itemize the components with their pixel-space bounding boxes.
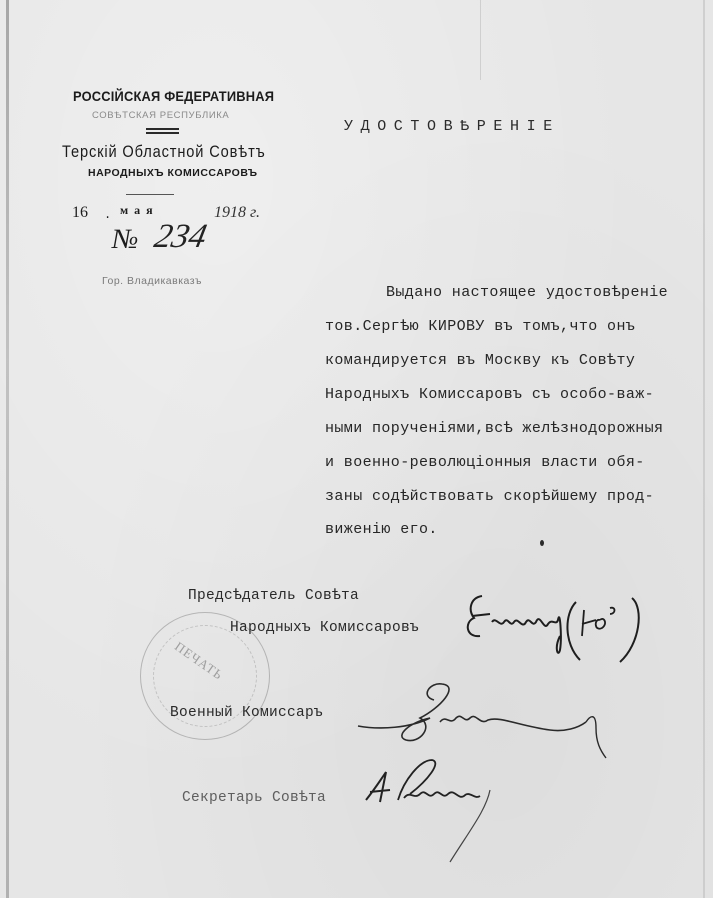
page-left-edge <box>6 0 9 898</box>
paper-fold <box>480 0 481 80</box>
chairman-label-line1: Предсѣдатель Совѣта <box>188 588 359 604</box>
number-symbol: № <box>112 224 138 256</box>
body-line: виженію его. <box>325 521 438 538</box>
letterhead-rule <box>146 128 179 130</box>
letterhead-soviet-republic: СОВѢТСКАЯ РЕСПУБЛИКА <box>92 110 229 121</box>
ink-speck <box>540 540 544 546</box>
body-line: командируется въ Москву къ Совѣту <box>325 352 635 369</box>
secretary-label: Секретарь Совѣта <box>182 790 326 806</box>
page-right-edge <box>703 0 705 898</box>
letterhead-council: НАРОДНЫХЪ КОМИССАРОВЪ <box>88 167 258 179</box>
date-month: мая <box>120 203 159 218</box>
body-line: и военно-революціонныя власти обя- <box>325 454 645 471</box>
document-number: 234 <box>151 218 210 256</box>
date-separator: . <box>104 208 111 222</box>
chairman-label-line2: Народныхъ Комиссаровъ <box>230 620 419 636</box>
date-year: 1918 г. <box>214 204 260 222</box>
letterhead-rule <box>146 132 179 134</box>
military-commissar-label: Военный Комиссаръ <box>170 705 323 721</box>
date-day: 16 <box>72 204 88 222</box>
letterhead-organization: Терскій Областной Совѣтъ <box>62 142 266 162</box>
body-line: Народныхъ Комиссаровъ съ особо-важ- <box>325 386 654 403</box>
secretary-signature-icon <box>350 750 520 870</box>
letterhead-republic: РОССІЙСКАЯ ФЕДЕРАТИВНАЯ <box>73 88 274 104</box>
document-page: РОССІЙСКАЯ ФЕДЕРАТИВНАЯ СОВѢТСКАЯ РЕСПУБ… <box>0 0 713 898</box>
body-line: тов.Сергѣю КИРОВУ въ томъ,что онъ <box>325 318 635 335</box>
document-title: УДОСТОВѢРЕНІЕ <box>344 118 560 135</box>
body-line: заны содѣйствовать скорѣйшему прод- <box>325 488 654 505</box>
body-line: Выдано настоящее удостовѣреніе <box>386 284 668 301</box>
chairman-signature-icon <box>460 588 660 668</box>
letterhead-ornament <box>126 194 174 195</box>
letterhead-city: Гор. Владикавказъ <box>102 275 202 287</box>
body-line: ными порученіями,всѣ желѣзнодорожныя <box>325 420 663 437</box>
